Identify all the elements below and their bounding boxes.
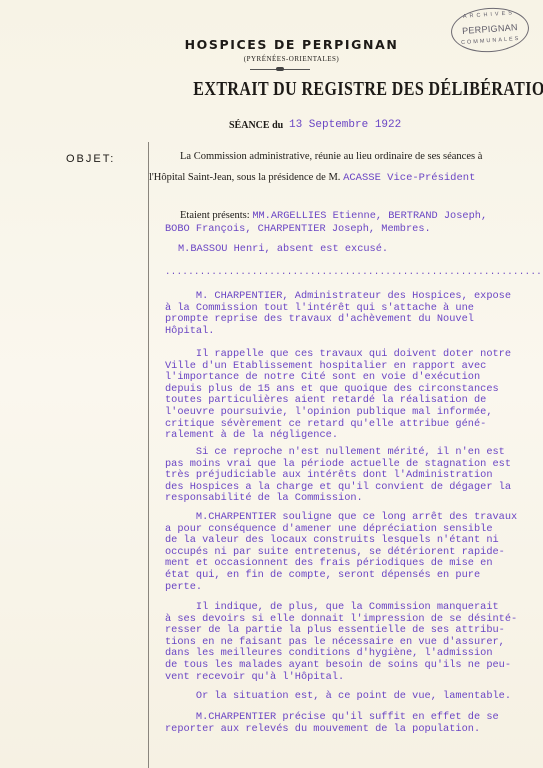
session-date: 13 Septembre 1922 xyxy=(289,119,401,131)
paragraph-3: Si ce reproche n'est nullement mérité, i… xyxy=(165,447,535,505)
paragraph-6: Or la situation est, à ce point de vue, … xyxy=(165,691,535,703)
president-name: ACASSE Vice-Président xyxy=(343,172,475,184)
attendance-label: Etaient présents: xyxy=(180,210,250,221)
paragraph-7: M.CHARPENTIER précise qu'il suffit en ef… xyxy=(165,712,535,735)
present-members-1: MM.ARGELLIES Etienne, BERTRAND Joseph, xyxy=(252,210,487,222)
margin-rule xyxy=(148,142,149,768)
stamp-middle-text: PERPIGNAN xyxy=(452,21,529,36)
region-name: (PYRÉNÉES-ORIENTALES) xyxy=(0,55,543,63)
separator-dots: ........................................… xyxy=(165,267,543,277)
paragraph-5: Il indique, de plus, que la Commission m… xyxy=(165,602,535,683)
paragraph-2: Il rappelle que ces travaux qui doivent … xyxy=(165,349,535,442)
institution-name: HOSPICES DE PERPIGNAN xyxy=(0,37,543,52)
attendance-line-1: Etaient présents: MM.ARGELLIES Etienne, … xyxy=(180,210,487,222)
stamp-top-text: ARCHIVES xyxy=(451,9,527,20)
absent-member: M.BASSOU Henri, absent est excusé. xyxy=(178,243,388,255)
intro-line-2: l'Hôpital Saint-Jean, sous la présidence… xyxy=(149,172,475,184)
paragraph-1: M. CHARPENTIER, Administrateur des Hospi… xyxy=(165,291,535,337)
document-page: ARCHIVES PERPIGNAN COMMUNALES HOSPICES D… xyxy=(0,0,543,768)
paragraph-4: M.CHARPENTIER souligne que ce long arrêt… xyxy=(165,512,535,593)
session-label: SÉANCE du xyxy=(229,120,283,131)
intro-line-2-prefix: l'Hôpital Saint-Jean, sous la présidence… xyxy=(149,172,340,183)
present-members-2: BOBO François, CHARPENTIER Joseph, Membr… xyxy=(165,223,431,235)
objet-label: OBJET: xyxy=(66,153,115,165)
ornament-divider xyxy=(250,69,310,70)
intro-line-1: La Commission administrative, réunie au … xyxy=(180,151,482,162)
document-title: EXTRAIT DU REGISTRE DES DÉLIBÉRATIONS xyxy=(193,79,496,101)
